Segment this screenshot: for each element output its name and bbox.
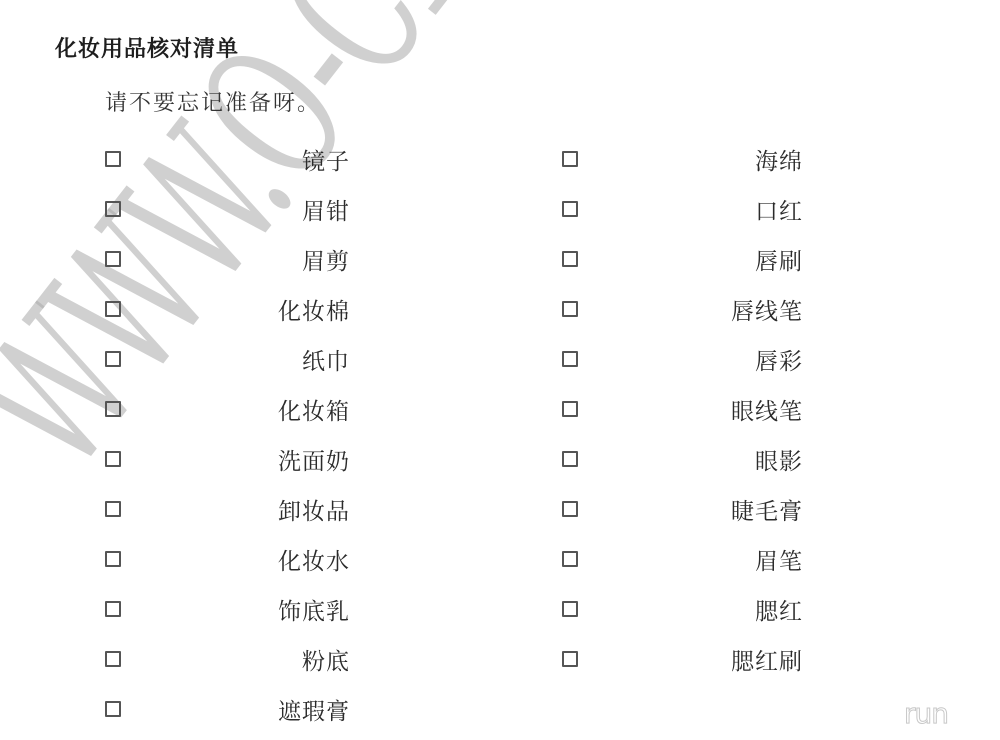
checklist-item-label: 镜子	[302, 143, 350, 176]
page-title: 化妆用品核对清单	[55, 32, 239, 63]
checklist-item[interactable]: 眉钳	[105, 184, 350, 234]
checkbox[interactable]	[105, 501, 121, 517]
checklist-item-label: 唇彩	[755, 343, 803, 376]
checklist-item-label: 化妆水	[278, 543, 350, 576]
checklist-item[interactable]: 镜子	[105, 134, 350, 184]
checklist-item[interactable]: 唇线笔	[562, 284, 803, 334]
checklist-item[interactable]: 睫毛膏	[562, 484, 803, 534]
checkbox[interactable]	[105, 651, 121, 667]
checkbox[interactable]	[105, 301, 121, 317]
checklist-item[interactable]: 唇刷	[562, 234, 803, 284]
checklist-item[interactable]: 腮红刷	[562, 634, 803, 684]
checklist-item-label: 睫毛膏	[731, 493, 803, 526]
corner-logo: run	[904, 697, 948, 730]
checklist-item[interactable]: 饰底乳	[105, 584, 350, 634]
checklist-item-label: 口红	[755, 193, 803, 226]
checklist-item[interactable]: 口红	[562, 184, 803, 234]
checkbox[interactable]	[105, 251, 121, 267]
checklist-item-label: 纸巾	[302, 343, 350, 376]
checklist-item-label: 化妆棉	[278, 293, 350, 326]
checklist-item[interactable]: 腮红	[562, 584, 803, 634]
checklist-item[interactable]: 洗面奶	[105, 434, 350, 484]
checkbox[interactable]	[562, 651, 578, 667]
checklist-item[interactable]: 粉底	[105, 634, 350, 684]
checkbox[interactable]	[562, 601, 578, 617]
checklist-item[interactable]: 唇彩	[562, 334, 803, 384]
checklist-item-label: 眉钳	[302, 193, 350, 226]
checklist-item[interactable]: 化妆箱	[105, 384, 350, 434]
checkbox[interactable]	[562, 301, 578, 317]
checklist-item[interactable]: 眼影	[562, 434, 803, 484]
checklist-item-label: 海绵	[755, 143, 803, 176]
checklist-left-column: 镜子 眉钳 眉剪 化妆棉 纸巾 化妆箱 洗面奶 卸妆品 化妆水 饰底乳 粉底 遮…	[105, 134, 350, 734]
checkbox[interactable]	[562, 151, 578, 167]
checklist-item[interactable]: 纸巾	[105, 334, 350, 384]
checkbox[interactable]	[105, 151, 121, 167]
document-page: WWW.O-CD.CN 化妆用品核对清单 请不要忘记准备呀。 镜子 眉钳 眉剪 …	[0, 0, 1000, 740]
checklist-item[interactable]: 化妆水	[105, 534, 350, 584]
checklist-item-label: 遮瑕膏	[278, 693, 350, 726]
checkbox[interactable]	[562, 201, 578, 217]
checkbox[interactable]	[562, 551, 578, 567]
checkbox[interactable]	[562, 451, 578, 467]
checkbox[interactable]	[105, 201, 121, 217]
checklist-item[interactable]: 眼线笔	[562, 384, 803, 434]
checklist-item-label: 眼影	[755, 443, 803, 476]
checklist-item[interactable]: 化妆棉	[105, 284, 350, 334]
checklist-item-label: 粉底	[302, 643, 350, 676]
checkbox[interactable]	[562, 501, 578, 517]
checklist-item-label: 唇线笔	[731, 293, 803, 326]
checklist-item-label: 眉笔	[755, 543, 803, 576]
checkbox[interactable]	[105, 551, 121, 567]
checklist-item[interactable]: 眉笔	[562, 534, 803, 584]
checklist-item[interactable]: 卸妆品	[105, 484, 350, 534]
checklist-item-label: 腮红	[755, 593, 803, 626]
checkbox[interactable]	[562, 251, 578, 267]
checkbox[interactable]	[105, 351, 121, 367]
checkbox[interactable]	[105, 701, 121, 717]
checklist-item-label: 眉剪	[302, 243, 350, 276]
checkbox[interactable]	[105, 451, 121, 467]
checkbox[interactable]	[562, 401, 578, 417]
checklist-item-label: 腮红刷	[731, 643, 803, 676]
checkbox[interactable]	[105, 401, 121, 417]
checklist-item-label: 卸妆品	[278, 493, 350, 526]
checklist-item[interactable]: 遮瑕膏	[105, 684, 350, 734]
checklist-item-label: 眼线笔	[731, 393, 803, 426]
checklist-item-label: 唇刷	[755, 243, 803, 276]
checklist-right-column: 海绵 口红 唇刷 唇线笔 唇彩 眼线笔 眼影 睫毛膏 眉笔 腮红 腮红刷	[562, 134, 803, 684]
checklist-item-label: 化妆箱	[278, 393, 350, 426]
checklist-item[interactable]: 眉剪	[105, 234, 350, 284]
checkbox[interactable]	[105, 601, 121, 617]
checklist-item-label: 饰底乳	[278, 593, 350, 626]
page-subtitle: 请不要忘记准备呀。	[105, 86, 321, 117]
checkbox[interactable]	[562, 351, 578, 367]
checklist-item[interactable]: 海绵	[562, 134, 803, 184]
checklist-item-label: 洗面奶	[278, 443, 350, 476]
